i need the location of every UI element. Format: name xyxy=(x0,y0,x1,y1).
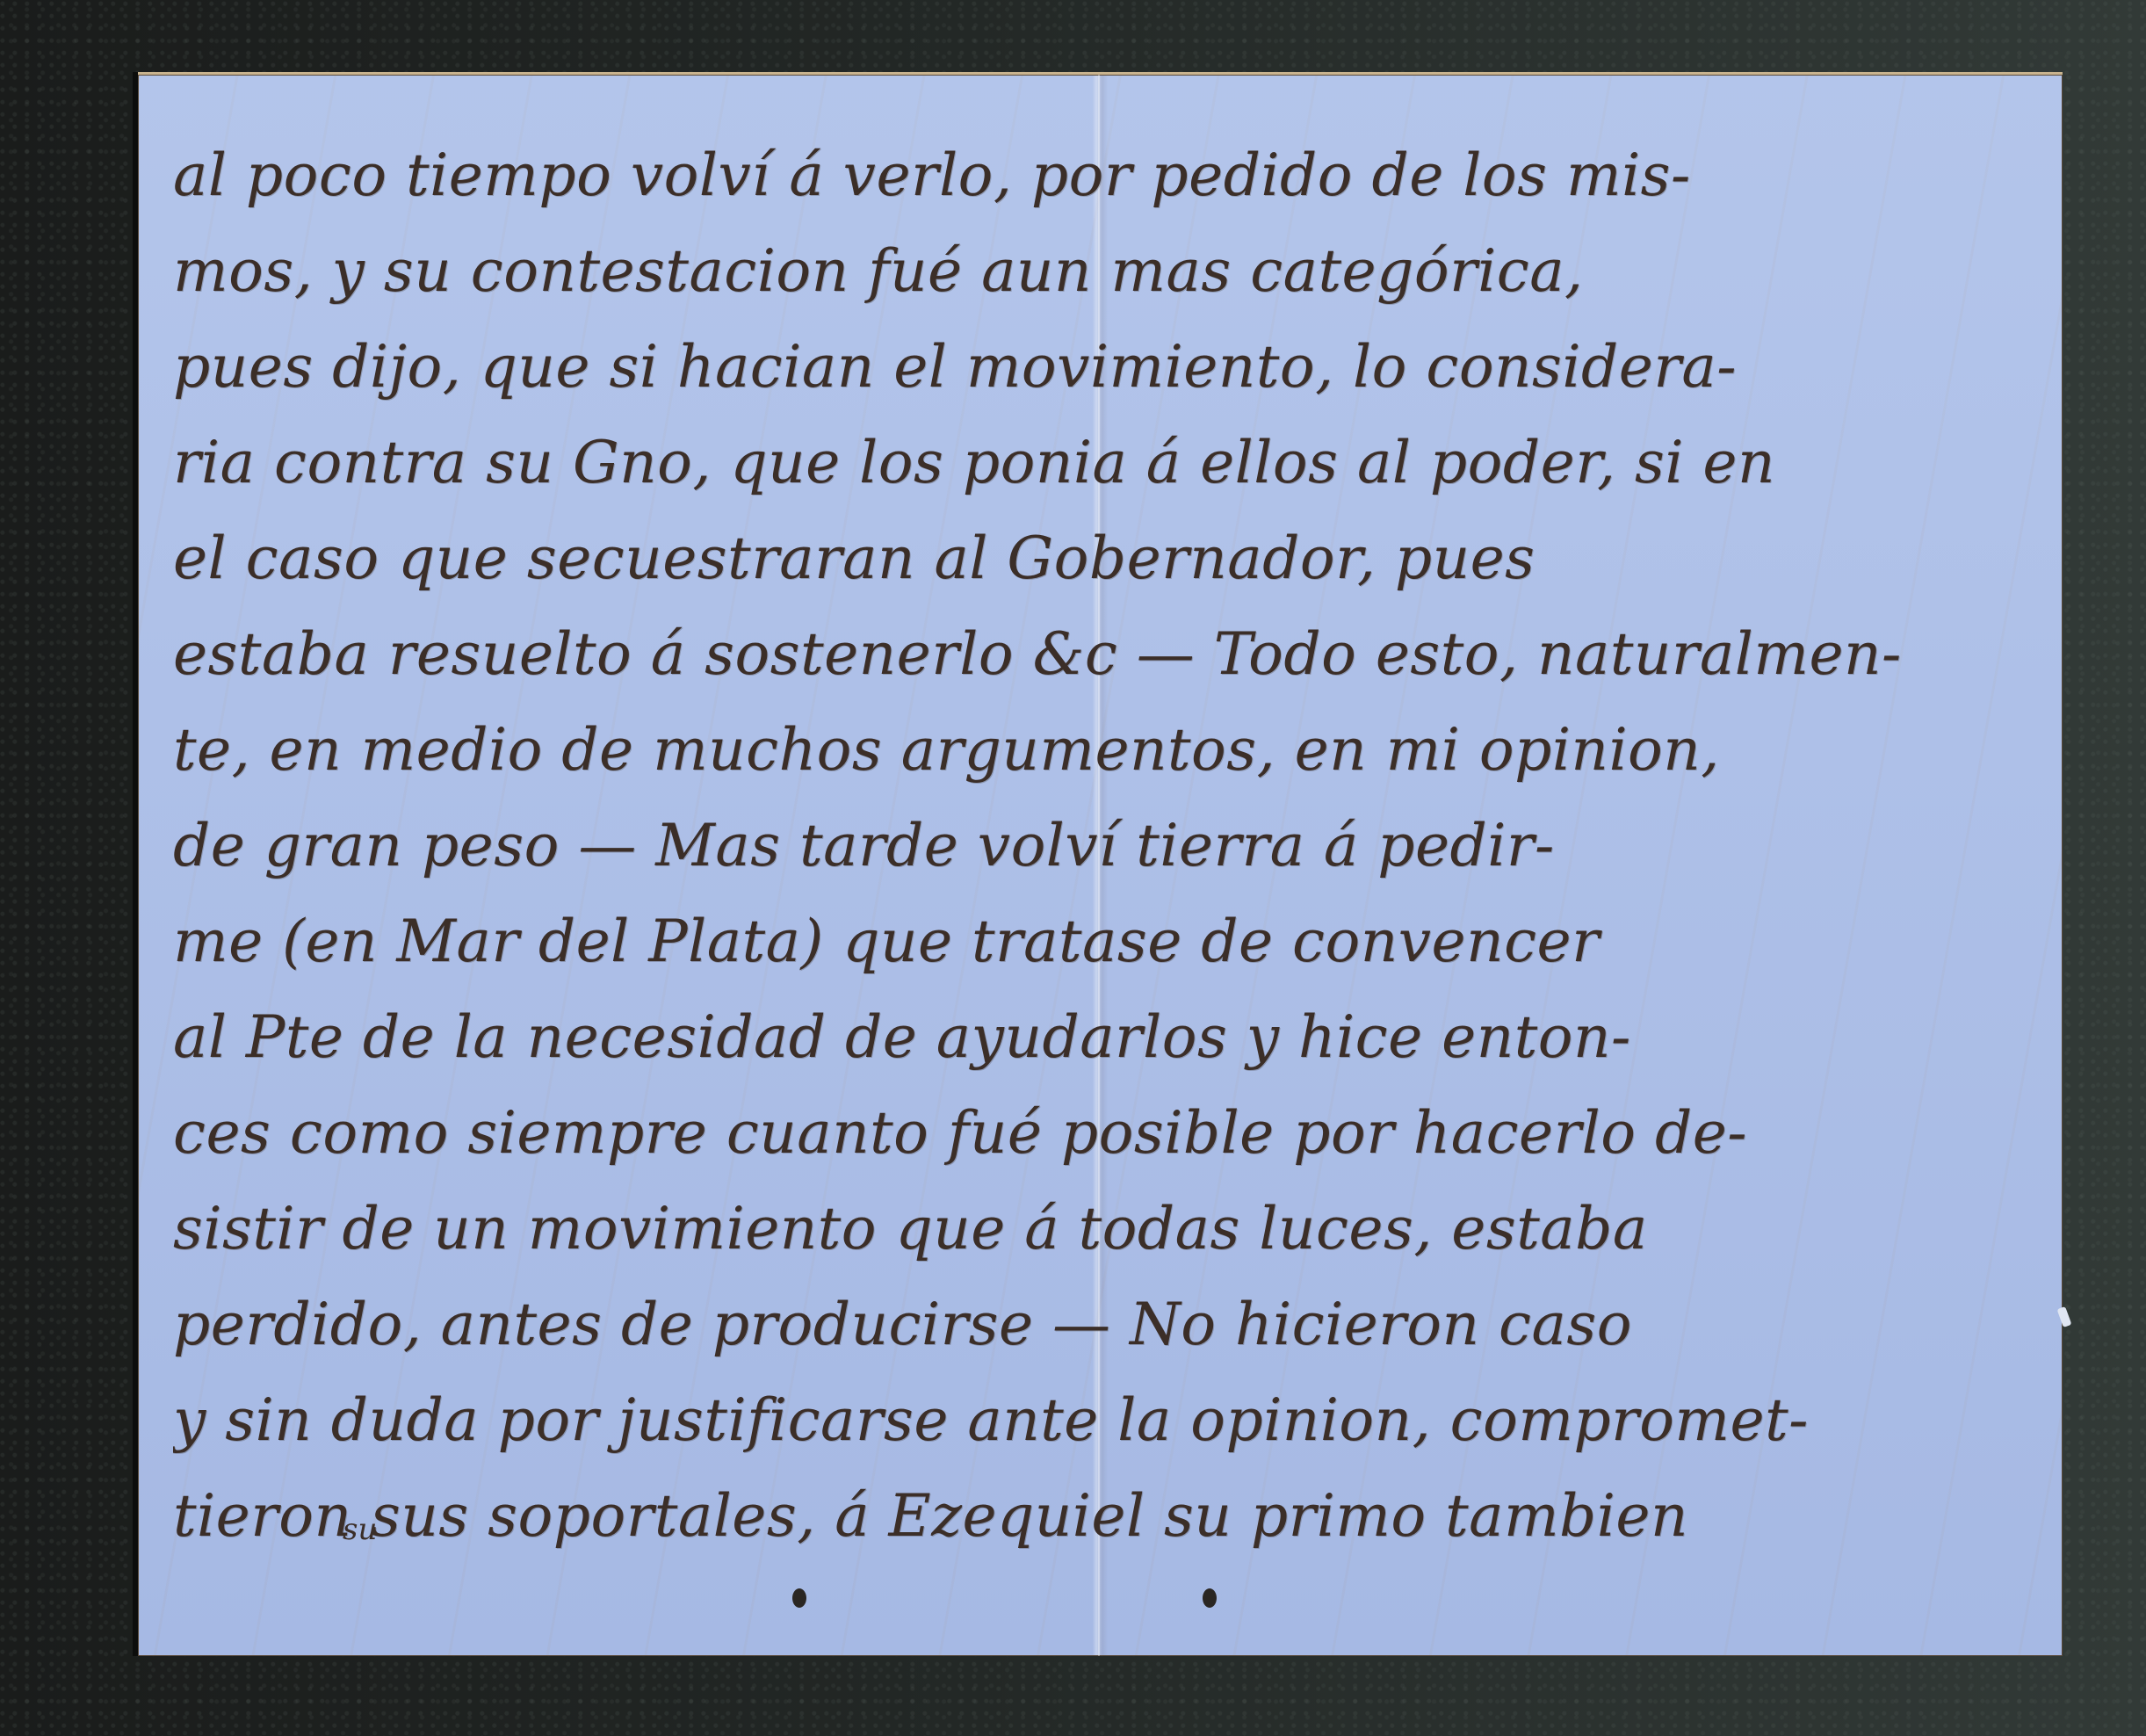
text-line: ria contra su Gno, que los ponia á ellos… xyxy=(173,415,2035,510)
text-line: tieron sus soportales, á Ezequiel su pri… xyxy=(173,1468,2035,1564)
text-line: sistir de un movimiento que á todas luce… xyxy=(173,1181,2035,1277)
handwritten-text: al poco tiempo volví á verlo, por pedido… xyxy=(173,127,2035,1564)
punch-hole xyxy=(1203,1588,1217,1608)
text-line: y sin duda por justificarse ante la opin… xyxy=(173,1372,2035,1468)
text-line: al Pte de la necesidad de ayudarlos y hi… xyxy=(173,989,2035,1085)
text-line: pues dijo, que si hacian el movimiento, … xyxy=(173,319,2035,415)
text-line: estaba resuelto á sostenerlo &c — Todo e… xyxy=(173,606,2035,702)
text-line: al poco tiempo volví á verlo, por pedido… xyxy=(173,127,2035,223)
text-line: de gran peso — Mas tarde volví tierra á … xyxy=(173,798,2035,893)
interlinear-insertion: su xyxy=(343,1512,377,1547)
text-line: mos, y su contestacion fué aun mas categ… xyxy=(173,223,2035,319)
punch-hole xyxy=(792,1588,806,1608)
text-line: el caso que secuestraran al Gobernador, … xyxy=(173,510,2035,606)
text-line: me (en Mar del Plata) que tratase de con… xyxy=(173,893,2035,989)
text-line: perdido, antes de producirse — No hicier… xyxy=(173,1277,2035,1372)
text-line: te, en medio de muchos argumentos, en mi… xyxy=(173,702,2035,798)
letter-page: al poco tiempo volví á verlo, por pedido… xyxy=(138,72,2063,1656)
text-line: ces como siempre cuanto fué posible por … xyxy=(173,1085,2035,1181)
